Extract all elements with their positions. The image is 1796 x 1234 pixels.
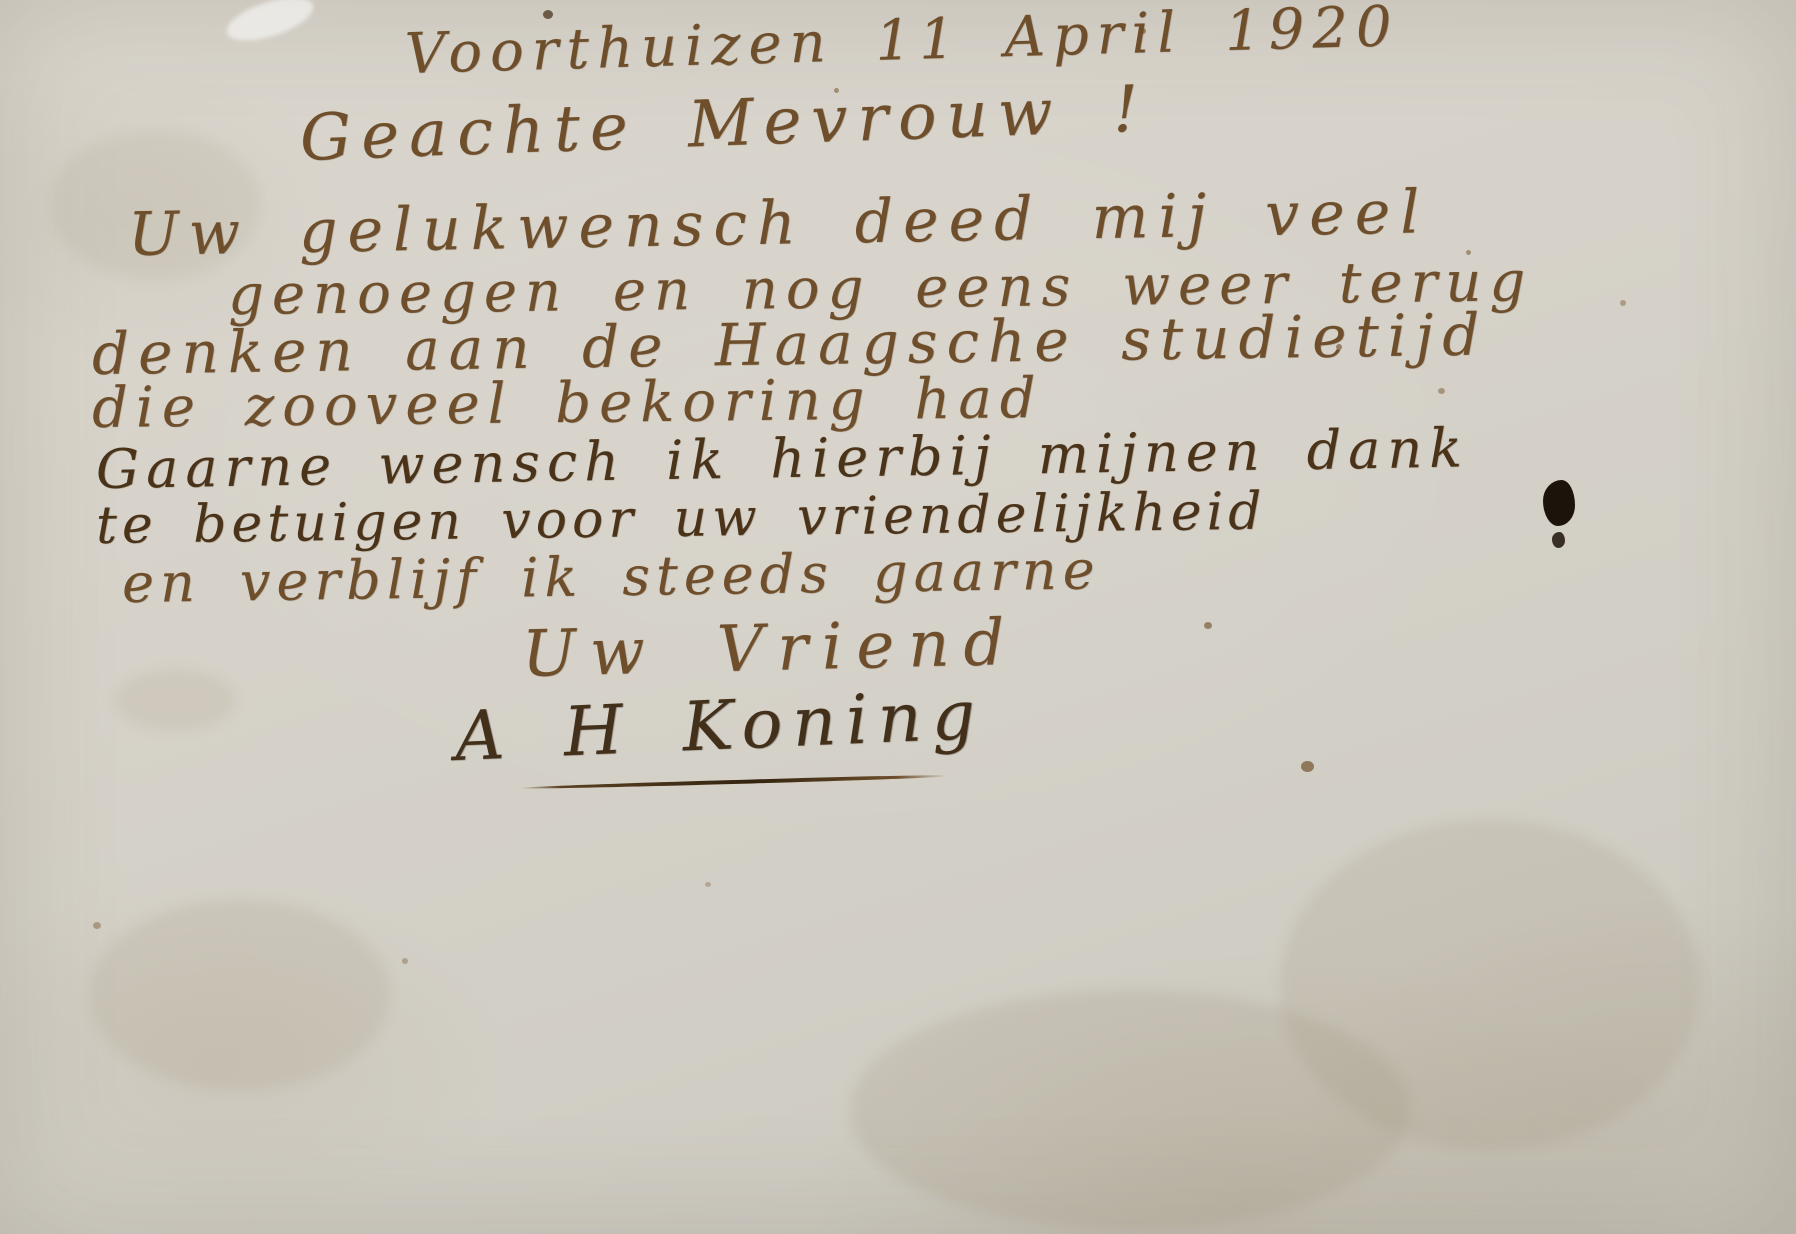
foxing-spot <box>93 922 101 929</box>
ink-blot <box>1543 480 1575 526</box>
foxing-spot <box>1301 761 1314 772</box>
foxing-spot <box>402 958 408 964</box>
foxing-spot <box>1438 388 1445 394</box>
paper-stain <box>90 900 390 1090</box>
paper-stain <box>1280 820 1700 1150</box>
foxing-spot <box>1620 300 1626 306</box>
foxing-spot <box>1140 28 1146 34</box>
foxing-spot <box>705 882 711 887</box>
foxing-spot <box>1336 344 1342 350</box>
foxing-spot <box>1466 250 1471 255</box>
ink-blot <box>1552 532 1565 548</box>
foxing-spot <box>543 10 553 19</box>
foxing-spot <box>834 88 839 93</box>
letter-photograph: Voorthuizen 11 April 1920 Geachte Mevrou… <box>0 0 1796 1234</box>
foxing-spot <box>1204 622 1212 629</box>
embossed-mark <box>115 670 235 730</box>
